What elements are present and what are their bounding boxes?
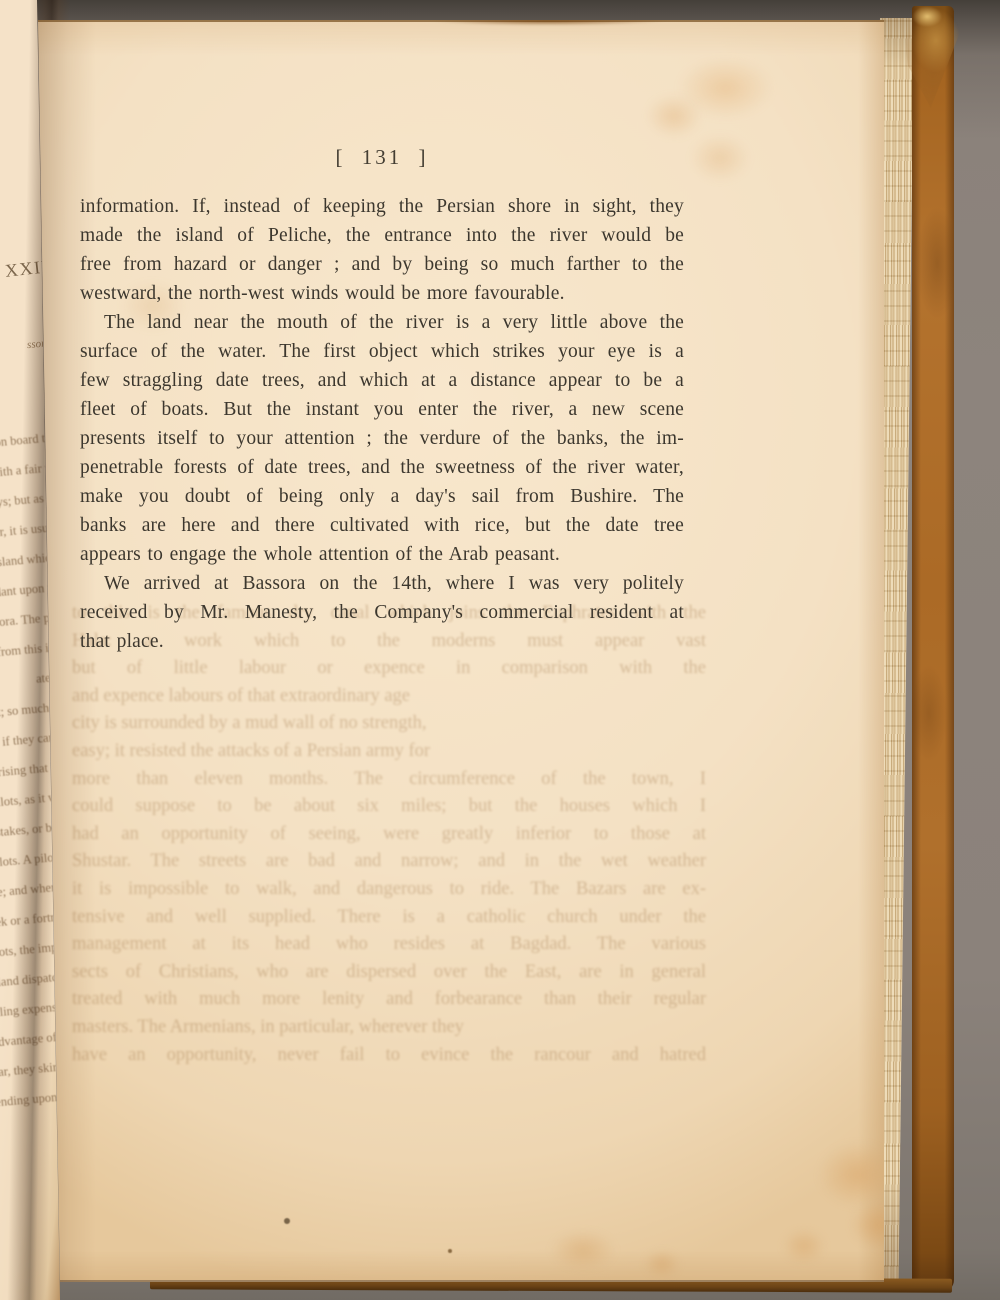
ghost-text-line: but of little labour or expence in compa…: [72, 655, 706, 683]
body-text-line: presents itself to your attention ; the …: [80, 424, 684, 453]
printed-text-block: [ 131 ] information. If, instead of keep…: [80, 144, 684, 656]
ghost-text-line: tensive and well supplied. There is a ca…: [72, 904, 706, 932]
body-text-line: free from hazard or danger ; and by bein…: [80, 250, 684, 279]
show-through-text: to this is the famous dry canal which jo…: [72, 600, 706, 1069]
ink-speck: [284, 1218, 290, 1224]
ghost-text-line: sects of Christians, who are dispersed o…: [72, 959, 706, 987]
foxing-stain: [690, 134, 750, 182]
ghost-text-line: treated with much more lenity and forbea…: [72, 986, 706, 1014]
body-text-line: appears to engage the whole attention of…: [80, 540, 684, 569]
ghost-text-line: city is surrounded by a mud wall of no s…: [72, 710, 706, 738]
foxing-stain: [646, 94, 702, 138]
ghost-text-line: easy; it resisted the attacks of a Persi…: [72, 738, 706, 766]
body-text-line: that place.: [80, 627, 684, 656]
book-page: to this is the famous dry canal which jo…: [38, 20, 884, 1282]
ghost-text-line: have an opportunity, never fail to evinc…: [72, 1042, 706, 1070]
ink-speck: [448, 1249, 452, 1253]
ghost-text-line: masters. The Armenians, in particular, w…: [72, 1014, 706, 1042]
foxing-stain: [782, 1228, 826, 1264]
body-text-line: made the island of Peliche, the entrance…: [80, 221, 684, 250]
body-text-line: fleet of boats. But the instant you ente…: [80, 395, 684, 424]
photo-background: XXIV. ssora. d on board the With a fair …: [0, 0, 1000, 1300]
foxing-stain: [644, 1250, 680, 1278]
body-text-line: surface of the water. The first object w…: [80, 337, 684, 366]
leather-cover-edge: [912, 6, 954, 1292]
body-text-line: penetrable forests of date trees, and th…: [80, 453, 684, 482]
body-text-line: few straggling date trees, and which at …: [80, 366, 684, 395]
page-number: [ 131 ]: [80, 144, 684, 170]
body-text-line: information. If, instead of keeping the …: [80, 192, 684, 221]
ghost-text-line: had an opportunity of seeing, were great…: [72, 821, 706, 849]
ghost-text-line: it is impossible to walk, and dangerous …: [72, 876, 706, 904]
ghost-text-line: management at its head who resides at Ba…: [72, 931, 706, 959]
ghost-text-line: Shustar. The streets are bad and narrow;…: [72, 848, 706, 876]
ghost-text-line: and expence labours of that extraordinar…: [72, 683, 706, 711]
body-text-line: banks are here and there cultivated with…: [80, 511, 684, 540]
body-text-line: received by Mr. Manesty, the Company's c…: [80, 598, 684, 627]
page-top-edge-stain: [398, 20, 698, 27]
ghost-text-line: more than eleven months. The circumferen…: [72, 766, 706, 794]
foxing-stain: [550, 1230, 616, 1270]
body-text-line: westward, the north-west winds would be …: [80, 279, 684, 308]
body-text-line: make you doubt of being only a day's sai…: [80, 482, 684, 511]
body-text-line: We arrived at Bassora on the 14th, where…: [80, 569, 684, 598]
body-text-line: The land near the mouth of the river is …: [80, 308, 684, 337]
ghost-text-line: could suppose to be about six miles; but…: [72, 793, 706, 821]
